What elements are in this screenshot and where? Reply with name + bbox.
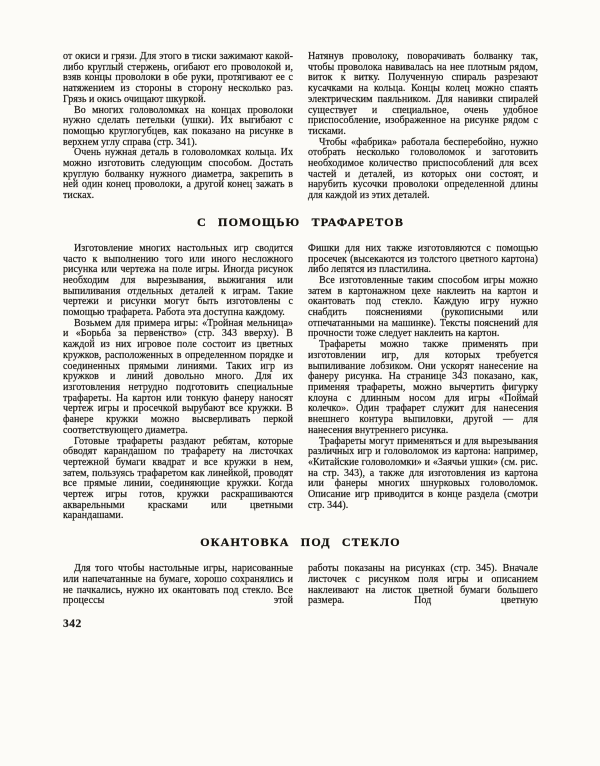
page-number: 342 [63, 618, 538, 630]
paragraph: Трафареты можно также применять при изго… [308, 340, 538, 436]
paragraph: Готовые трафареты раздают ребятам, котор… [63, 437, 293, 523]
paragraph: Изготовление многих настольных игр своди… [63, 244, 293, 319]
book-page: от окиси и грязи. Для этого в тиски зажи… [0, 0, 600, 766]
paragraph: работы показаны на рисунках (стр. 345). … [308, 564, 538, 607]
paragraph: Возьмем для примера игры: «Тройная мельн… [63, 319, 293, 437]
section-heading-stencils: С ПОМОЩЬЮ ТРАФАРЕТОВ [63, 215, 538, 230]
two-column-layout: от окиси и грязи. Для этого в тиски зажи… [63, 52, 538, 202]
paragraph: Во многих головоломках на концах проволо… [63, 106, 293, 149]
paragraph: Все изготовленные таким способом игры мо… [308, 276, 538, 340]
paragraph: Для того чтобы настольные игры, нарисова… [63, 564, 293, 607]
paragraph: Чтобы «фабрика» работала бесперебойно, н… [308, 138, 538, 202]
section-heading-glass-mounting: ОКАНТОВКА ПОД СТЕКЛО [63, 535, 538, 550]
paragraph: Натянув проволоку, поворачивать болванку… [308, 52, 538, 138]
paragraph: Фишки для них также изготовляются с помо… [308, 244, 538, 276]
left-column: Для того чтобы настольные игры, нарисова… [63, 564, 293, 607]
paragraph: Очень нужная деталь в головоломках кольц… [63, 148, 293, 202]
section-glass-mounting: Для того чтобы настольные игры, нарисова… [63, 564, 538, 607]
left-column: Изготовление многих настольных игр своди… [63, 244, 293, 522]
paragraph: от окиси и грязи. Для этого в тиски зажи… [63, 52, 293, 106]
two-column-layout: Изготовление многих настольных игр своди… [63, 244, 538, 522]
right-column: Фишки для них также изготовляются с помо… [308, 244, 538, 522]
section-wire-puzzles-continuation: от окиси и грязи. Для этого в тиски зажи… [63, 52, 538, 202]
paragraph: Трафареты могут применяться и для вырезы… [308, 437, 538, 512]
right-column: Натянув проволоку, поворачивать болванку… [308, 52, 538, 202]
right-column: работы показаны на рисунках (стр. 345). … [308, 564, 538, 607]
two-column-layout: Для того чтобы настольные игры, нарисова… [63, 564, 538, 607]
left-column: от окиси и грязи. Для этого в тиски зажи… [63, 52, 293, 202]
section-stencils: Изготовление многих настольных игр своди… [63, 244, 538, 522]
